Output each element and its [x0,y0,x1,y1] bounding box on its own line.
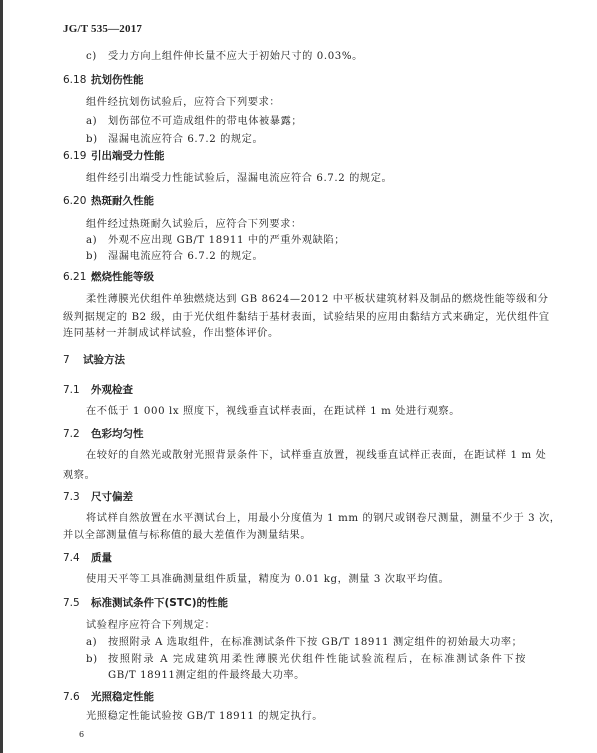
section-title: 标准测试条件下(STC)的性能 [91,597,228,609]
section-heading-7-5: 7.5标准测试条件下(STC)的性能 [63,596,228,610]
section-heading-6-19: 6.19引出端受力性能 [63,149,165,163]
list-item-continuation: GB/T 18911测定组的件最终最大功率。 [108,669,305,683]
section-number: 6.21 [63,270,91,284]
list-item-text: 外观不应出现 GB/T 18911 中的严重外观缺陷； [108,235,345,246]
list-item-b: b)湿漏电流应符合 6.7.2 的规定。 [86,133,263,147]
list-item-text: 划伤部位不可造成组件的带电体被暴露； [108,116,302,127]
section-heading-6-21: 6.21燃烧性能等级 [63,270,154,284]
list-item-text: 湿漏电流应符合 6.7.2 的规定。 [108,134,263,145]
paragraph: 组件经抗划伤试验后，应符合下列要求： [86,96,280,110]
list-item-a: a)按照附录 A 选取组件，在标准测试条件下按 GB/T 18911 测定组件的… [86,636,522,650]
section-number: 7.4 [63,551,91,565]
section-title: 燃烧性能等级 [91,271,154,283]
section-number: 7.6 [63,690,91,704]
paragraph-line: 在较好的自然光或散射光照背景条件下，试样垂直放置，视线垂直试样正表面，在距试样 … [63,449,526,463]
list-item-c: c)受力方向上组件伸长量不应大于初始尺寸的 0.03%。 [86,50,363,64]
section-title: 抗划伤性能 [91,74,144,86]
paragraph-line: 柔性薄膜光伏组件单独燃烧达到 GB 8624—2012 中平板状建筑材料及制品的… [63,293,526,307]
list-item-text: 按照附录 A 完成建筑用柔性薄膜光伏组件性能试验流程后，在标准测试条件下按 [108,653,526,667]
section-title: 光照稳定性能 [91,691,154,703]
section-title: 外观检查 [91,384,133,396]
paragraph-line: 级判据规定的 B2 级，由于光伏组件黏结于基材表面，试验结果的应用由黏结方式来确… [63,311,526,325]
section-number: 7.1 [63,383,91,397]
list-marker: c) [86,50,108,64]
section-title: 尺寸偏差 [91,491,133,503]
document-code: JG/T 535—2017 [63,22,142,36]
document-page: JG/T 535—2017 c)受力方向上组件伸长量不应大于初始尺寸的 0.03… [3,0,597,753]
list-item-a: a)划伤部位不可造成组件的带电体被暴露； [86,115,302,129]
paragraph: 组件经引出端受力性能试验后，湿漏电流应符合 6.7.2 的规定。 [86,172,392,186]
section-number: 7.3 [63,490,91,504]
section-title: 热斑耐久性能 [91,195,154,207]
section-title: 质量 [91,552,112,564]
list-item-text: 受力方向上组件伸长量不应大于初始尺寸的 0.03%。 [108,51,363,62]
chapter-title: 试验方法 [83,354,125,366]
paragraph: 光照稳定性能试验按 GB/T 18911 的规定执行。 [86,710,323,724]
page-number: 6 [79,728,84,742]
section-number: 6.18 [63,73,91,87]
list-marker: b) [86,133,108,147]
chapter-number: 7 [63,353,83,367]
section-number: 6.19 [63,149,91,163]
section-heading-6-18: 6.18抗划伤性能 [63,73,144,87]
paragraph-line: 观察。 [63,469,95,483]
list-marker: b) [86,653,108,667]
list-item-a: a)外观不应出现 GB/T 18911 中的严重外观缺陷； [86,234,345,248]
list-item-text: 湿漏电流应符合 6.7.2 的规定。 [108,251,263,262]
section-title: 引出端受力性能 [91,150,165,162]
list-item-b: b)湿漏电流应符合 6.7.2 的规定。 [86,250,263,264]
section-heading-7-3: 7.3尺寸偏差 [63,490,133,504]
section-title: 色彩均匀性 [91,428,144,440]
section-heading-7-2: 7.2色彩均匀性 [63,427,144,441]
list-marker: b) [86,250,108,264]
list-item-b: b)按照附录 A 完成建筑用柔性薄膜光伏组件性能试验流程后，在标准测试条件下按 [86,653,526,667]
section-number: 6.20 [63,194,91,208]
section-number: 7.2 [63,427,91,441]
chapter-heading-7: 7试验方法 [63,353,125,367]
section-heading-7-1: 7.1外观检查 [63,383,133,397]
paragraph-line: 将试样自然放置在水平测试台上，用最小分度值为 1 mm 的钢尺或钢卷尺测量，测量… [63,512,526,526]
section-number: 7.5 [63,596,91,610]
paragraph: 试验程序应符合下列规定： [86,619,215,633]
section-heading-7-4: 7.4质量 [63,551,112,565]
section-heading-6-20: 6.20热斑耐久性能 [63,194,154,208]
list-marker: a) [86,234,108,248]
list-marker: a) [86,115,108,129]
section-heading-7-6: 7.6光照稳定性能 [63,690,154,704]
list-marker: a) [86,636,108,650]
paragraph-line: 连同基材一并制成试样试验，作出整体评价。 [63,327,279,341]
paragraph: 在不低于 1 000 lx 照度下，视线垂直试样表面，在距试样 1 m 处进行观… [86,405,460,419]
paragraph: 使用天平等工具准确测量组件质量，精度为 0.01 kg，测量 3 次取平均值。 [86,573,449,587]
list-item-text: 按照附录 A 选取组件，在标准测试条件下按 GB/T 18911 测定组件的初始… [108,637,522,648]
paragraph: 组件经过热斑耐久试验后，应符合下列要求： [86,218,302,232]
paragraph-line: 并以全部测量值与标称值的最大差值作为测量结果。 [63,529,311,543]
